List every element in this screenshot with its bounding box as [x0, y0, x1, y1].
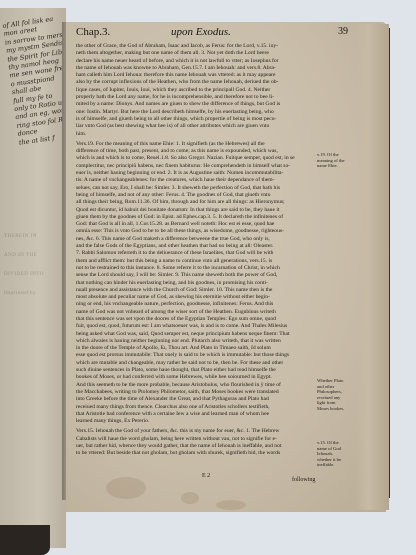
text-line: him.	[76, 131, 314, 138]
book-cover	[0, 525, 50, 555]
water-stain	[216, 500, 246, 510]
text-line: declare his name neuer heard of before, …	[76, 58, 314, 65]
page-number: 39	[338, 26, 348, 37]
text-line: selues, can not say, Ero, I shall be: Si…	[76, 185, 314, 192]
text-line: all things their being, Rom.11.36. Of hi…	[76, 199, 314, 206]
text-line: receiued many things from thence. Clearc…	[76, 404, 314, 411]
text-line: Quod est dicuntur, id habuit dei bonitat…	[76, 207, 314, 214]
text-line: complectitur, nec principiũ habens, nec …	[76, 163, 314, 170]
text-line: which are mutable and changeable, may ra…	[76, 360, 314, 367]
text-line: which is and which is to come, Reuel.1.8…	[76, 155, 314, 162]
water-stain	[181, 492, 199, 504]
bleed-through-text: THEREIN INAND IN THEDIVIDED INTOImprinte…	[4, 233, 62, 309]
bleed-line: Imprinted by	[4, 290, 62, 297]
text-line: also by the corrupt inflexions of the He…	[76, 79, 314, 86]
text-line: that Aristotle had conference with a cer…	[76, 411, 314, 418]
margin-note-plato: Whether Plato and other Philosophers, re…	[317, 378, 347, 412]
text-line: Cabalists will haue the word gholam, bei…	[76, 436, 314, 443]
text-line: nuall presence and assistance with the C…	[76, 287, 314, 294]
text-line: 7. Rabbi Salomon referreth it to the del…	[76, 250, 314, 257]
text-line: bookes of Moses, or had conferred with s…	[76, 374, 314, 381]
text-line: difference of time, both past, present, …	[76, 148, 314, 155]
running-title: upon Exodus.	[171, 26, 231, 38]
text-line: learned many things, Ex Pererio.	[76, 418, 314, 425]
margin-note-ehie: v.19. Of the meaning of the name Ehie.	[317, 152, 347, 169]
bleed-line: DIVIDED INTO	[4, 271, 62, 278]
running-header: Chap.3. upon Exodus. 39	[76, 26, 346, 40]
left-page: of All fol lisk eamon areetin sorrow to …	[0, 8, 66, 548]
text-line: And this seemeth to be the more probable…	[76, 382, 314, 389]
text-line: liar vnto God (as best shewing what hee …	[76, 123, 314, 130]
text-line: that nothing can hinder his euerlasting …	[76, 280, 314, 287]
margin-note-iehouah: v.15. Of the name of God Iehouah, whethe…	[317, 440, 347, 468]
text-line: being asked what God was, said, Quod sem…	[76, 331, 314, 338]
text-line: tis: A name of vnchangeablenes: for the …	[76, 177, 314, 184]
text-line: them and afflict them: but this being a …	[76, 258, 314, 265]
text-line: nes, &c. 6. This name of God maketh a di…	[76, 236, 314, 243]
body-text: the other of Grace, the God of Abraham, …	[76, 43, 314, 458]
text-line: God: that God is all in all, 1.Cor.15.28…	[76, 221, 314, 228]
text-line: lique cases, of Iupiter, Iouis, Ioui, wh…	[76, 87, 314, 94]
water-stain	[106, 477, 146, 499]
text-line: giuen them by the goodnes of God: in Epi…	[76, 214, 314, 221]
chapter-label: Chap.3.	[76, 26, 110, 38]
page-edge-damage	[355, 24, 389, 510]
signature-mark: E 2	[202, 473, 210, 479]
text-line: omnia esse: This is vnto God to be to be…	[76, 228, 314, 235]
text-line: Vers.15. Iehouah the God of your fathers…	[76, 428, 314, 435]
bleed-line: AND IN THE	[4, 252, 62, 259]
text-line: into Greeke before the time of Alexander…	[76, 396, 314, 403]
text-line: neth them altogether, making but one nam…	[76, 50, 314, 57]
text-line: ning or end, his vnchangeable nature, pe…	[76, 301, 314, 308]
text-line: one: Iustin. Martyr. But here the Lord d…	[76, 109, 314, 116]
text-line: mited by a name: Dionys. And names are g…	[76, 101, 314, 108]
text-line: sense the Lord should say, I will be: Si…	[76, 272, 314, 279]
bleed-line: THEREIN IN	[4, 233, 62, 240]
text-line: fuit, quod est, quod, futurum est: I am …	[76, 323, 314, 330]
catchword: following	[292, 477, 315, 483]
text-line: to be vttered: But beside that not ghola…	[76, 450, 314, 457]
text-line: name of God was not vnheard of among the…	[76, 309, 314, 316]
text-line: esse quod est prorsus immutabile: That o…	[76, 352, 314, 359]
text-line: in the doore of the Temple of Apollo, Ει…	[76, 345, 314, 352]
